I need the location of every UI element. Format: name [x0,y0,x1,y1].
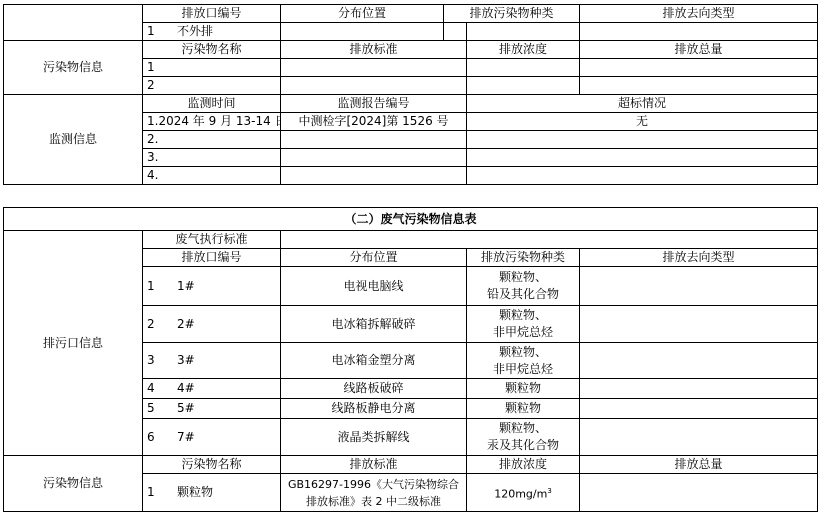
header-concentration: 排放浓度 [467,456,580,474]
row-index: 1 [147,23,177,40]
header-standard: 排放标准 [281,456,467,474]
table-row: 排放口编号 分布位置 排放污染物种类 排放去向类型 [4,5,818,23]
exceed-cell: 无 [467,113,818,131]
header-pollutant-name: 污染物名称 [143,456,281,474]
row-index: 5 [147,400,177,417]
section-label-pollutant-info: 污染物信息 [4,41,143,95]
location-cell [281,23,444,41]
pollutant-type-cell: 颗粒物、非甲烷总烃 [467,306,580,343]
row-index: 1 [147,278,177,295]
pollutant-name-cell: 1 [143,59,281,77]
pollutant-line: 颗粒物、 [471,307,575,324]
header-total: 排放总量 [580,41,818,59]
blank-cell [4,5,143,41]
standard-label: 废气执行标准 [143,231,281,249]
outlet-id-cell: 67# [143,419,281,456]
outlet-id-cell: 44# [143,379,281,399]
pollutant-line: 颗粒物、 [471,344,575,361]
report-no-cell [281,131,467,149]
header-destination: 排放去向类型 [580,249,818,267]
concentration-cell: 120mg/m3 [467,474,580,512]
header-monitor-time: 监测时间 [143,95,281,113]
header-total: 排放总量 [580,456,818,474]
pollutant-type-cell [467,23,580,41]
header-destination: 排放去向类型 [580,5,818,23]
exceed-cell [467,131,818,149]
standard-cell [281,77,467,95]
outlet-id: 5# [177,401,195,415]
outlet-id-cell: 1不外排 [143,23,281,41]
header-concentration: 排放浓度 [467,41,580,59]
standard-line: GB16297-1996《大气污染物综合 [285,476,462,493]
outlet-id: 2# [177,317,195,331]
pollutant-name: 颗粒物 [177,485,213,499]
outlet-id: 7# [177,430,195,444]
pollutant-name-cell: 2 [143,77,281,95]
row-index: 6 [147,429,177,446]
pollutant-type-cell: 颗粒物、非甲烷总烃 [467,343,580,379]
outlet-id: 4# [177,381,195,395]
pollutant-type-cell: 颗粒物 [467,379,580,399]
report-no-cell: 中测检字[2024]第 1526 号 [281,113,467,131]
monitor-time-cell: 3. [143,149,281,167]
header-outlet-id: 排放口编号 [143,249,281,267]
pollutant-type-cell: 颗粒物、铅及其化合物 [467,267,580,306]
concentration-cell [467,77,580,95]
outlet-id-cell: 22# [143,306,281,343]
air-pollutant-table: （二）废气污染物信息表 排污口信息 废气执行标准 排放口编号 分布位置 排放污染… [3,207,818,512]
table-title-row: （二）废气污染物信息表 [4,208,818,231]
table-row: 监测信息 监测时间 监测报告编号 超标情况 [4,95,818,113]
pollutant-line: 汞及其化合物 [471,437,575,454]
row-index: 3 [147,352,177,369]
destination-cell [580,399,818,419]
concentration-unit-sup: 3 [547,487,551,495]
concentration-value: 120mg/m [494,487,547,500]
standard-cell: GB16297-1996《大气污染物综合排放标准》表 2 中二级标准 [281,474,467,512]
destination-cell [580,23,818,41]
monitor-time-cell: 1.2024 年 9 月 13-14 日 [143,113,281,131]
outlet-id: 3# [177,353,195,367]
pollutant-line: 非甲烷总烃 [471,361,575,378]
standard-value [281,231,818,249]
destination-cell [580,343,818,379]
row-index: 2 [147,316,177,333]
header-pollutant-name: 污染物名称 [143,41,281,59]
pollutant-line: 颗粒物、 [471,420,575,437]
location-cell: 电冰箱金塑分离 [281,343,467,379]
concentration-cell [467,59,580,77]
header-pollutant-type: 排放污染物种类 [444,5,580,23]
report-no-cell [281,149,467,167]
total-cell [580,474,818,512]
pollutant-line: 铅及其化合物 [471,286,575,303]
location-cell: 线路板破碎 [281,379,467,399]
total-cell [580,59,818,77]
exceed-cell [467,149,818,167]
header-outlet-id: 排放口编号 [143,5,281,23]
header-location: 分布位置 [281,249,467,267]
standard-cell [281,59,467,77]
destination-cell [580,419,818,456]
outlet-id-cell: 11# [143,267,281,306]
outlet-id: 不外排 [177,24,213,38]
exceed-cell [467,167,818,185]
header-report-no: 监测报告编号 [281,95,467,113]
table-row: 排污口信息 废气执行标准 [4,231,818,249]
destination-cell [580,267,818,306]
section-label-monitoring: 监测信息 [4,95,143,185]
header-location: 分布位置 [281,5,444,23]
destination-cell [580,379,818,399]
pollutant-line: 非甲烷总烃 [471,324,575,341]
section-label-pollutant-info: 污染物信息 [4,456,143,512]
header-exceed: 超标情况 [467,95,818,113]
pollutant-type-cell: 颗粒物 [467,399,580,419]
outlet-id: 1# [177,279,195,293]
table-row: 污染物信息 污染物名称 排放标准 排放浓度 排放总量 [4,41,818,59]
row-index: 4 [147,380,177,397]
header-pollutant-type: 排放污染物种类 [467,249,580,267]
monitor-time-cell: 4. [143,167,281,185]
split-cell [444,23,467,41]
pollutant-name-cell: 1颗粒物 [143,474,281,512]
table-title: （二）废气污染物信息表 [4,208,818,231]
water-pollutant-table: 排放口编号 分布位置 排放污染物种类 排放去向类型 1不外排 污染物信息 污染物… [3,4,818,185]
report-no-cell [281,167,467,185]
standard-line: 排放标准》表 2 中二级标准 [285,493,462,510]
outlet-id-cell: 55# [143,399,281,419]
location-cell: 线路板静电分离 [281,399,467,419]
monitor-time-cell: 2. [143,131,281,149]
outlet-id-cell: 33# [143,343,281,379]
header-standard: 排放标准 [281,41,467,59]
table-row: 污染物信息 污染物名称 排放标准 排放浓度 排放总量 [4,456,818,474]
pollutant-line: 颗粒物、 [471,269,575,286]
location-cell: 电视电脑线 [281,267,467,306]
destination-cell [580,306,818,343]
location-cell: 电冰箱拆解破碎 [281,306,467,343]
total-cell [580,77,818,95]
pollutant-type-cell: 颗粒物、汞及其化合物 [467,419,580,456]
section-label-outlet-info: 排污口信息 [4,231,143,456]
location-cell: 液晶类拆解线 [281,419,467,456]
row-index: 1 [147,484,177,501]
